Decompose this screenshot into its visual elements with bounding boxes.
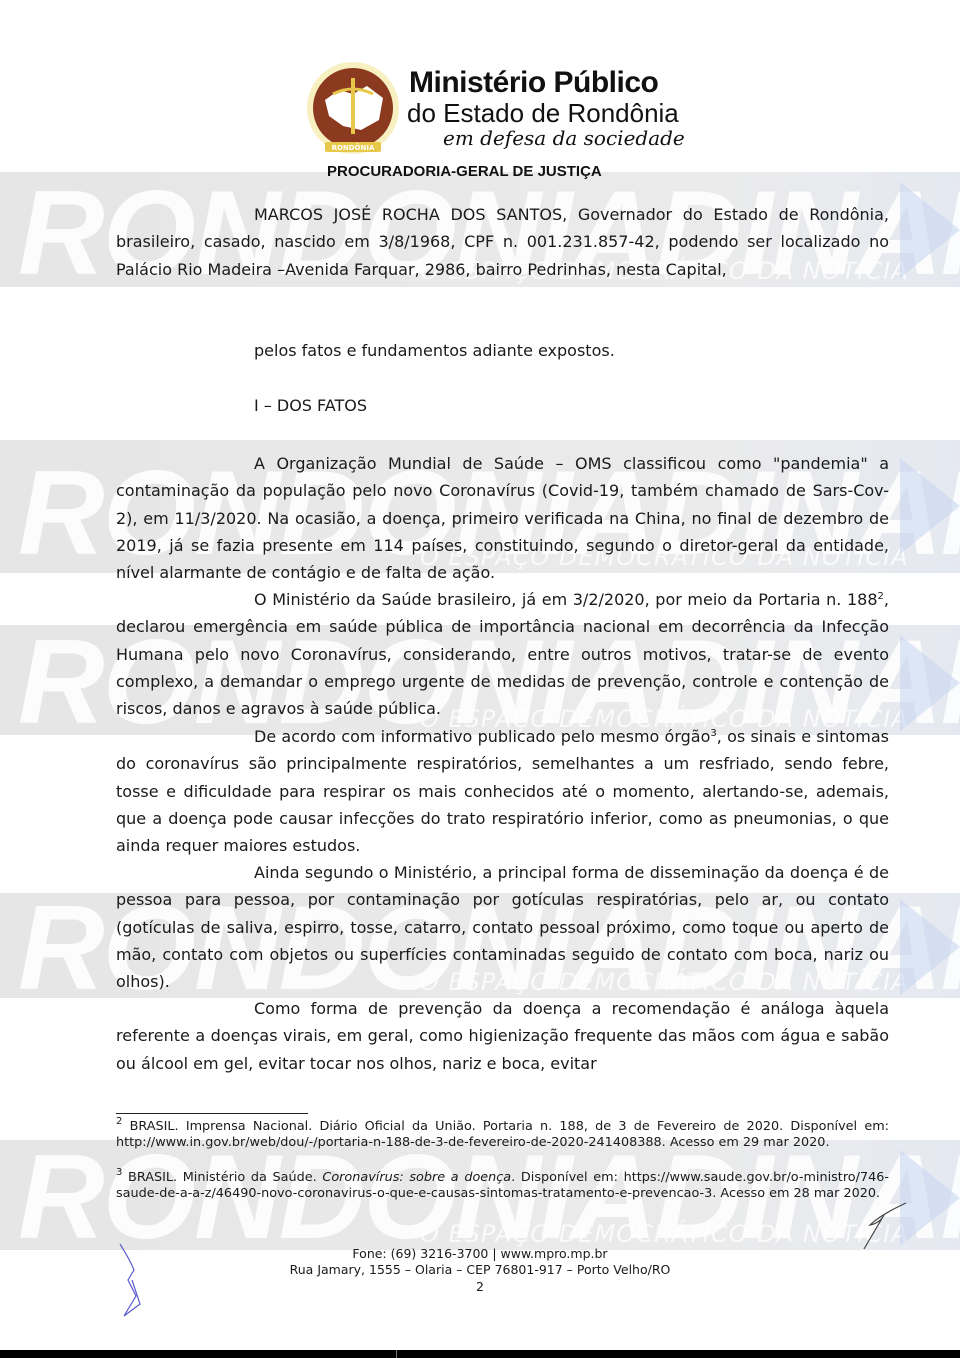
closing-line: pelos fatos e fundamentos adiante expost…: [254, 341, 615, 360]
org-subtitle: do Estado de Rondônia: [407, 98, 679, 129]
org-name: Ministério Público: [409, 66, 658, 100]
paragraph-1: A Organização Mundial de Saúde – OMS cla…: [116, 450, 889, 586]
paragraph-5: Como forma de prevenção da doença a reco…: [116, 995, 889, 1077]
org-unit: PROCURADORIA-GERAL DE JUSTIÇA: [327, 163, 602, 180]
footer-contact: Fone: (69) 3216-3700 | www.mpro.mp.br: [0, 1246, 960, 1261]
footnote-divider: [116, 1113, 308, 1114]
document-page: RONDÔNIA Ministério Público do Estado de…: [0, 0, 960, 1358]
paragraph-3: De acordo com informativo publicado pelo…: [116, 723, 889, 859]
footnote-2: 2 BRASIL. Imprensa Nacional. Diário Ofic…: [116, 1119, 889, 1151]
bottom-bar: [0, 1350, 960, 1358]
ministry-seal-icon: RONDÔNIA: [303, 60, 403, 160]
section-title: I – DOS FATOS: [254, 396, 367, 415]
footer-address: Rua Jamary, 1555 – Olaria – CEP 76801-91…: [0, 1262, 960, 1277]
paragraph-2: O Ministério da Saúde brasileiro, já em …: [116, 586, 889, 722]
footnote-3: 3 BRASIL. Ministério da Saúde. Coronavír…: [116, 1170, 889, 1202]
letterhead: RONDÔNIA Ministério Público do Estado de…: [303, 60, 703, 180]
paragraph-4: Ainda segundo o Ministério, a principal …: [116, 859, 889, 995]
svg-text:RONDÔNIA: RONDÔNIA: [332, 143, 375, 152]
org-motto: em defesa da sociedade: [443, 126, 685, 150]
page-number: 2: [0, 1279, 960, 1294]
intro-paragraph: MARCOS JOSÉ ROCHA DOS SANTOS, Governador…: [116, 201, 889, 283]
